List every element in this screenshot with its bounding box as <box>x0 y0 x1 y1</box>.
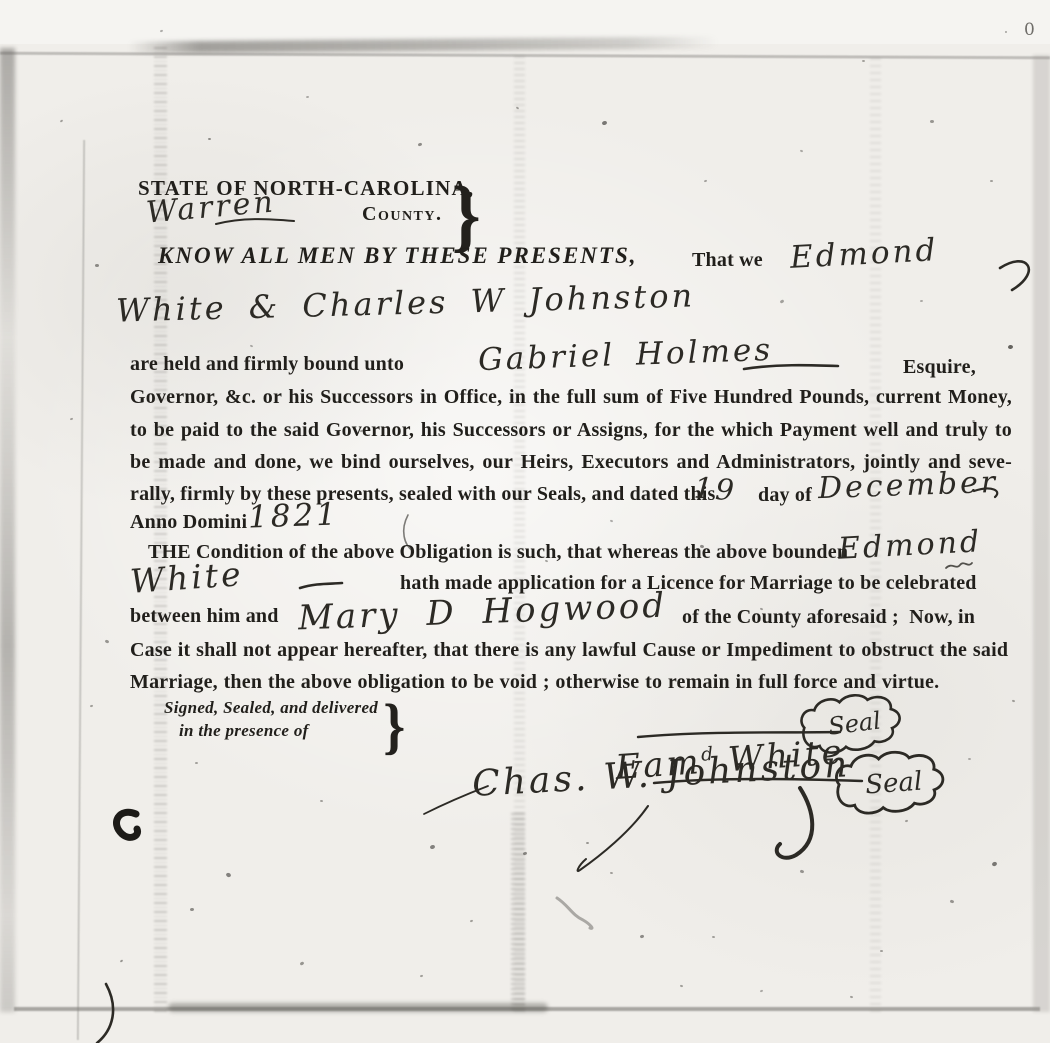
seal-johnston: Seal <box>824 742 957 821</box>
speck <box>712 936 715 938</box>
speck <box>300 961 305 966</box>
principal-swash <box>1000 261 1029 290</box>
principal-name-handwritten: Edmond <box>789 232 939 276</box>
left-edge-shadow <box>0 48 15 1012</box>
county-label: County. <box>362 203 443 225</box>
day-of-text: day of <box>758 484 812 506</box>
condition-line5: Marriage, then the above obligation to b… <box>130 671 939 693</box>
speck <box>602 120 608 125</box>
vertical-fold-middle-lower <box>511 812 525 1010</box>
speck <box>430 844 436 849</box>
know-all-men-heading: KNOW ALL MEN BY THESE PRESENTS, <box>158 243 638 268</box>
right-edge-column <box>1033 55 1050 1012</box>
attestation-line1: Signed, Sealed, and delivered <box>164 699 378 718</box>
bottom-left-hook <box>97 984 113 1043</box>
speck <box>930 120 934 123</box>
speck <box>225 872 231 878</box>
speck <box>905 820 908 823</box>
seal-white-label: Seal <box>827 706 883 740</box>
groom-surname-handwritten: White <box>129 554 245 601</box>
top-edge-line <box>0 52 1050 60</box>
speck <box>586 842 589 844</box>
celebrated-mark <box>946 563 972 568</box>
between-him-and-text: between him and <box>130 605 279 627</box>
sureties-names-handwritten: White & Charles W Johnston <box>116 276 696 329</box>
speck <box>800 150 804 153</box>
corner-mark: 0 <box>1024 20 1035 40</box>
speck <box>70 418 74 421</box>
day-handwritten: 19 <box>693 471 738 508</box>
anno-domini-text: Anno Domini <box>130 511 247 533</box>
speck <box>850 996 853 999</box>
speck <box>190 908 195 912</box>
speck <box>880 950 883 952</box>
speck <box>968 758 971 760</box>
speck <box>95 264 99 267</box>
esquire-text: Esquire, <box>903 356 976 378</box>
speck <box>680 985 683 988</box>
speck <box>60 119 64 122</box>
attestation-brace: } <box>383 692 405 763</box>
condition-line1: THE Condition of the above Obligation is… <box>148 541 848 563</box>
speck <box>1005 31 1007 33</box>
speck <box>160 30 164 33</box>
attestation-line2: in the presence of <box>179 722 309 741</box>
groom-dash <box>300 583 342 588</box>
speck <box>1008 345 1014 350</box>
speck <box>800 869 805 873</box>
speck <box>991 861 997 867</box>
speck <box>420 975 423 978</box>
speck <box>640 935 645 939</box>
speck <box>516 106 520 109</box>
body-line-rally: rally, firmly by these presents, sealed … <box>130 483 716 505</box>
speck <box>704 180 708 183</box>
speck <box>418 142 423 146</box>
body-line-paid: to be paid to the said Governor, his Suc… <box>130 419 1012 441</box>
speck <box>120 959 124 962</box>
speck <box>760 990 764 993</box>
county-aforesaid-text: of the County aforesaid ; Now, in <box>682 606 975 628</box>
bride-name-handwritten: Mary D Hogwood <box>297 586 667 639</box>
speck <box>610 872 613 875</box>
vertical-fold-middle <box>514 52 525 1012</box>
bottom-edge-line <box>14 1007 1040 1011</box>
speck <box>250 344 254 347</box>
speck <box>90 705 93 708</box>
speck <box>780 299 785 304</box>
speck <box>105 639 110 643</box>
seal-johnston-label: Seal <box>864 767 923 801</box>
condition-line4: Case it shall not appear hereafter, that… <box>130 639 1008 661</box>
gray-squiggle-lower <box>557 898 592 928</box>
condition-line2: hath made application for a Licence for … <box>400 572 977 594</box>
thin-crease-left <box>77 140 85 1040</box>
top-margin-strip <box>0 0 1050 44</box>
speck <box>195 762 198 764</box>
speck <box>920 300 923 302</box>
bound-unto-text: are held and firmly bound unto <box>130 353 404 375</box>
speck <box>470 920 474 923</box>
bottom-edge-smudge <box>168 1003 548 1012</box>
speck <box>306 96 309 99</box>
speck <box>862 60 865 62</box>
groom-name-handwritten: Edmond <box>837 524 983 566</box>
ink-blot <box>117 812 138 837</box>
scanned-marriage-bond-document: 0 STATE OF NORTH-CAROLINA, Warren County… <box>0 0 1050 1043</box>
speck <box>208 138 211 140</box>
top-edge-smudge <box>128 36 718 53</box>
obligee-name-handwritten: Gabriel Holmes <box>477 332 773 378</box>
speck <box>1012 700 1015 703</box>
speck <box>990 180 993 182</box>
month-handwritten: December <box>817 465 998 506</box>
speck <box>320 800 323 802</box>
speck <box>610 520 614 523</box>
year-handwritten: 1821 <box>247 496 339 535</box>
that-we-text: That we <box>692 249 763 271</box>
speck <box>950 899 955 903</box>
speck <box>523 851 528 855</box>
body-line-governor: Governor, &c. or his Successors in Offic… <box>130 386 1012 408</box>
